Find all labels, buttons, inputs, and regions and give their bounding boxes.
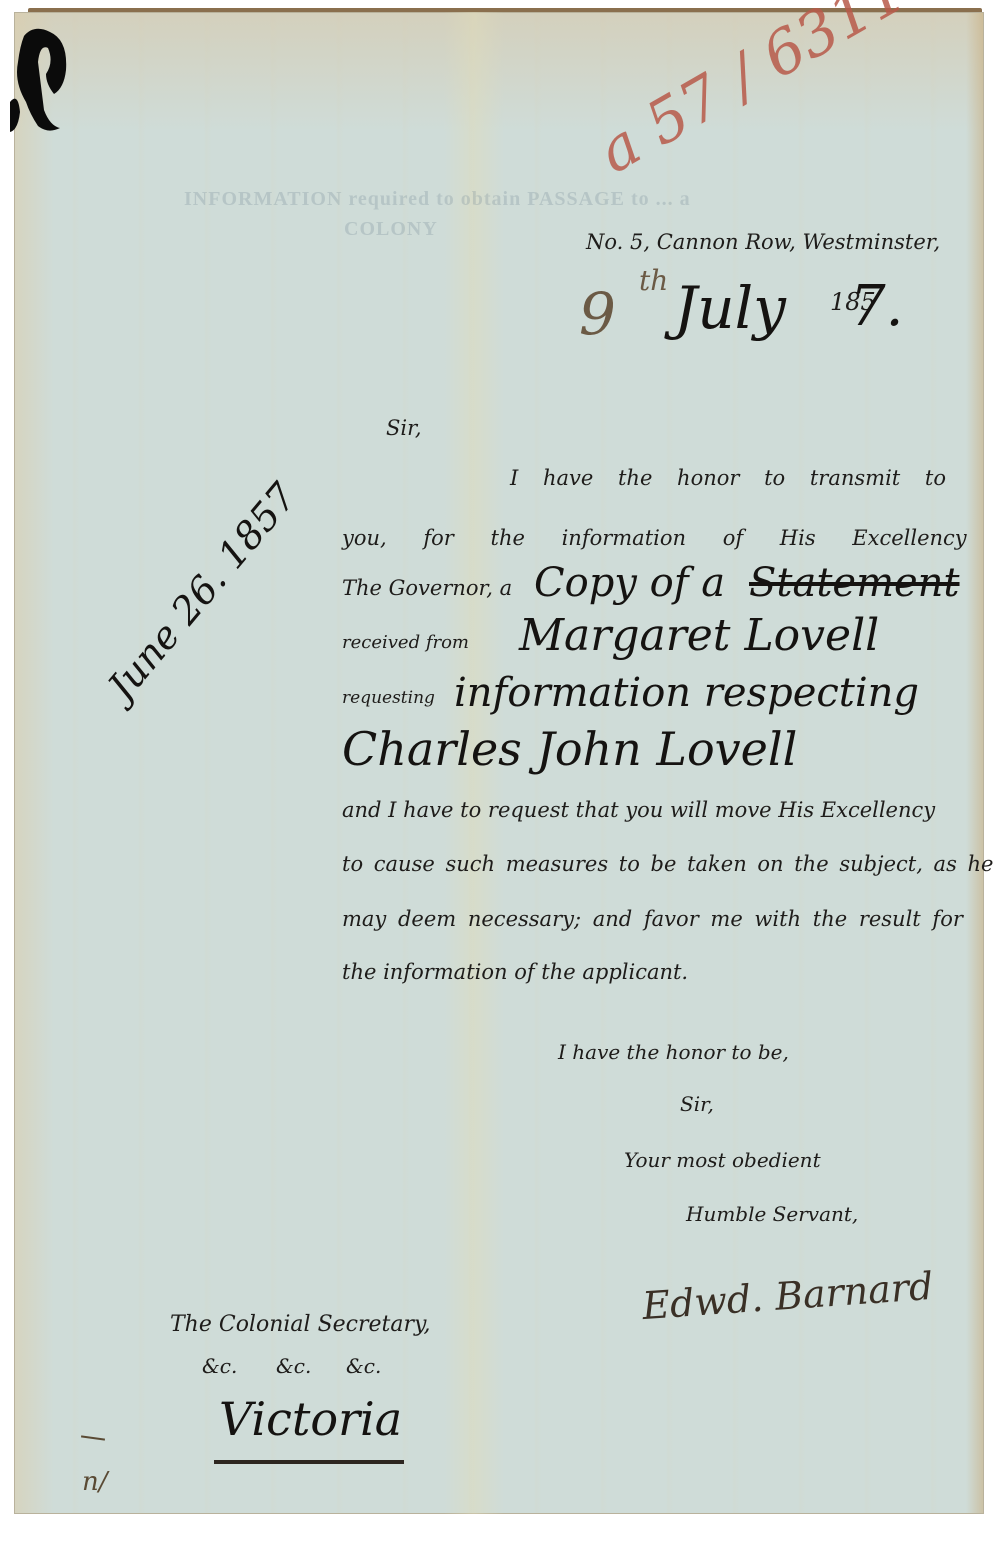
closing-line-4: Humble Servant, bbox=[686, 1202, 858, 1226]
corner-dash-mark bbox=[81, 1435, 105, 1440]
ghost-header-line1: INFORMATION required to obtain PASSAGE t… bbox=[184, 188, 691, 211]
date-suffix: th bbox=[639, 264, 668, 297]
salutation: Sir, bbox=[386, 416, 422, 440]
colony-underline bbox=[214, 1460, 404, 1464]
body-line-1: I have the honor to transmit to bbox=[510, 466, 946, 490]
corner-mark: n/ bbox=[82, 1467, 108, 1497]
letter-page: INFORMATION required to obtain PASSAGE t… bbox=[14, 12, 984, 1514]
body-line-4-handwritten: Margaret Lovell bbox=[519, 610, 879, 661]
date-month: July bbox=[674, 274, 786, 342]
date-year-handwritten: 7. bbox=[850, 274, 903, 339]
addressee-etc-2: &c. bbox=[276, 1354, 311, 1378]
sender-address: No. 5, Cannon Row, Westminster, bbox=[586, 230, 940, 254]
body-line-7: and I have to request that you will move… bbox=[342, 798, 935, 822]
body-line-5-handwritten: information respecting bbox=[454, 670, 919, 716]
closing-line-3: Your most obedient bbox=[624, 1148, 821, 1172]
body-line-10: the information of the applicant. bbox=[342, 960, 688, 984]
body-line-3-handwritten: Copy of a bbox=[534, 560, 725, 606]
body-line-6-handwritten: Charles John Lovell bbox=[342, 722, 797, 776]
ribbon-tie-icon bbox=[10, 22, 68, 132]
body-line-9: may deem necessary; and favor me with th… bbox=[342, 907, 963, 931]
date-day: 9 bbox=[579, 280, 616, 348]
addressee-etc-3: &c. bbox=[346, 1354, 381, 1378]
body-line-3-struck: Statement bbox=[749, 560, 960, 606]
addressee-etc-1: &c. bbox=[202, 1354, 237, 1378]
closing-line-1: I have the honor to be, bbox=[558, 1040, 789, 1064]
margin-date-note: June 26. 1857 bbox=[99, 475, 305, 709]
registry-number: a 57 / 6311 bbox=[587, 0, 918, 187]
signature: Edwd. Barnard bbox=[641, 1264, 935, 1328]
body-line-3-printed: The Governor, a bbox=[342, 576, 512, 600]
body-line-5-printed: requesting bbox=[342, 688, 435, 708]
body-line-8: to cause such measures to be taken on th… bbox=[342, 852, 993, 876]
body-line-4-printed: received from bbox=[342, 632, 469, 653]
addressee-title: The Colonial Secretary, bbox=[170, 1312, 431, 1337]
ghost-header-line2: COLONY bbox=[344, 218, 438, 241]
addressee-colony: Victoria bbox=[219, 1392, 402, 1446]
body-line-2: you, for the information of His Excellen… bbox=[342, 526, 967, 550]
closing-line-2: Sir, bbox=[680, 1092, 714, 1116]
